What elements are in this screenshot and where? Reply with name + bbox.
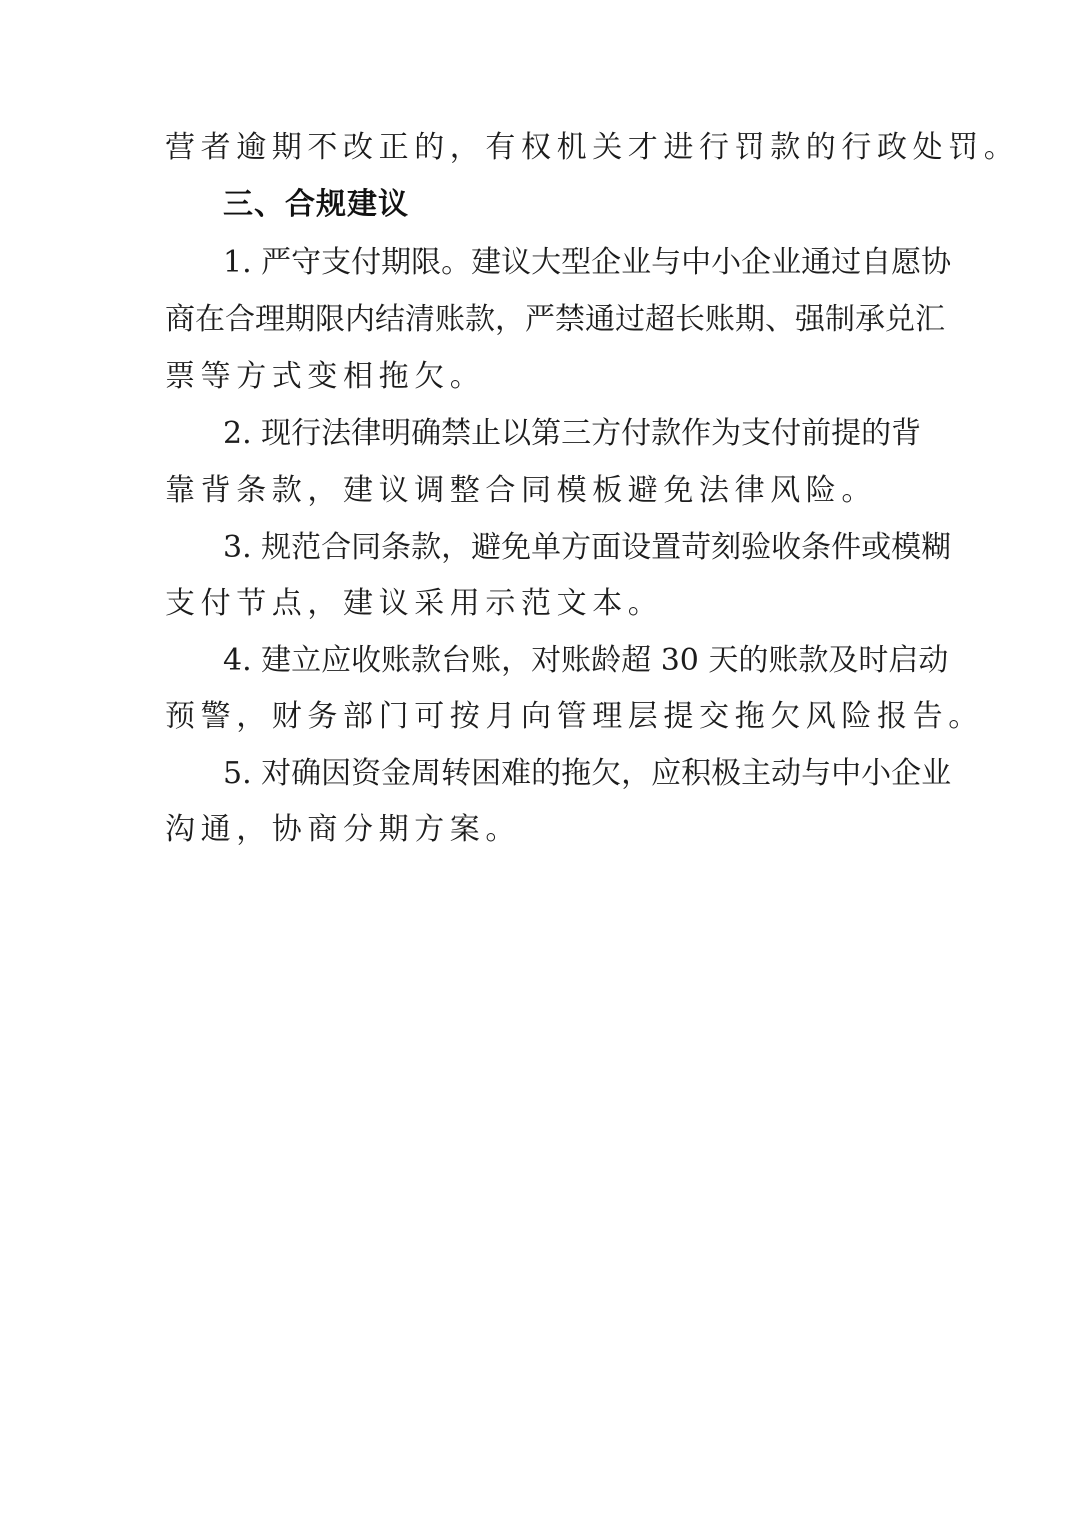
- item-2-line-2: 靠背条款，建议调整合同模板避免法律风险。: [165, 471, 917, 511]
- section-heading: 三、合规建议: [223, 185, 409, 225]
- item-4-line-1: 4. 建立应收账款台账，对账龄超 30 天的账款及时启动: [223, 641, 917, 681]
- item-3-line-2: 支付节点，建议采用示范文本。: [165, 584, 917, 624]
- item-2-line-1: 2. 现行法律明确禁止以第三方付款作为支付前提的背: [223, 414, 917, 454]
- item-1-line-2: 商在合理期限内结清账款，严禁通过超长账期、强制承兑汇: [165, 300, 917, 340]
- document-page: 营者逾期不改正的，有权机关才进行罚款的行政处罚。 三、合规建议 1. 严守支付期…: [0, 0, 1080, 1527]
- item-5-line-2: 沟通，协商分期方案。: [165, 810, 917, 850]
- item-3-line-1: 3. 规范合同条款，避免单方面设置苛刻验收条件或模糊: [223, 528, 917, 568]
- item-5-line-1: 5. 对确因资金周转困难的拖欠，应积极主动与中小企业: [223, 754, 917, 794]
- item-1-line-1: 1. 严守支付期限。建议大型企业与中小企业通过自愿协: [223, 243, 917, 283]
- paragraph-continuation-line: 营者逾期不改正的，有权机关才进行罚款的行政处罚。: [165, 128, 917, 168]
- item-4-line-2: 预警，财务部门可按月向管理层提交拖欠风险报告。: [165, 697, 917, 737]
- item-1-line-3: 票等方式变相拖欠。: [165, 357, 917, 397]
